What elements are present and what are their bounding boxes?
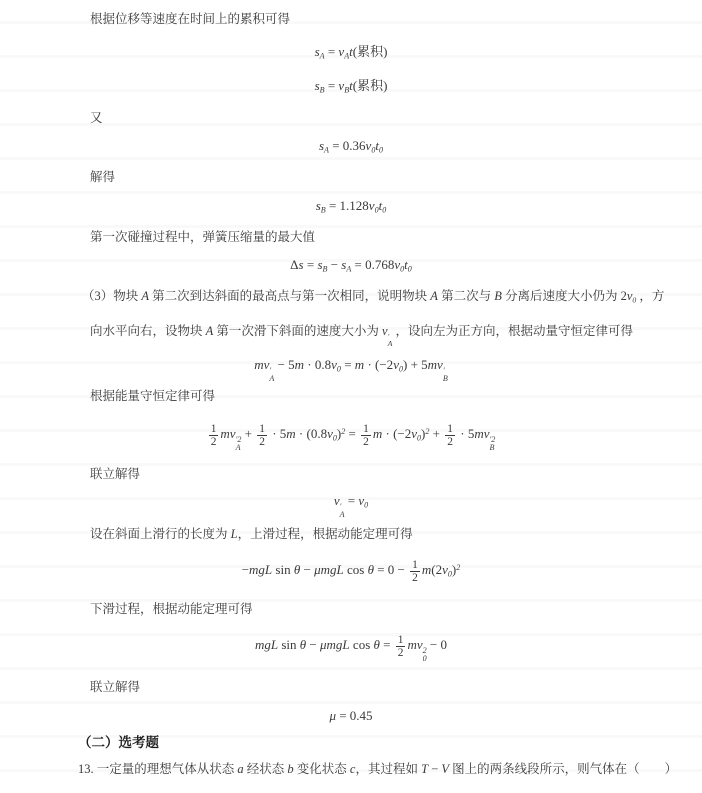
paragraph-question-13: 13. 一定量的理想气体从状态 a 经状态 b 变化状态 c，其过程如 T − …	[78, 760, 642, 778]
paragraph-part3-line-2: 向水平向右，设物块 A 第一次滑下斜面的速度大小为 v′A ，设向左为正方向，根…	[90, 322, 642, 340]
paragraph-solve: 解得	[90, 168, 642, 186]
paragraph-displacement-accumulation: 根据位移等速度在时间上的累积可得	[90, 10, 642, 28]
formula-sa-equals-vat: sA = vAt(累积)	[0, 42, 702, 62]
paragraph-energy-conservation: 根据能量守恒定律可得	[90, 387, 642, 405]
document-page: 根据位移等速度在时间上的累积可得 sA = vAt(累积) sB = vBt(累…	[0, 0, 702, 793]
formula-delta-s: Δs = sB − sA = 0.768v0t0	[0, 255, 702, 275]
formula-va-prime-equals-v0: v′A = v0	[0, 491, 702, 511]
heading-optional-questions: （二）选考题	[78, 733, 642, 753]
formula-work-energy-downslide: mgL sin θ − μmgL cos θ = 12mv20 − 0	[0, 628, 702, 662]
paragraph-incline-length: 设在斜面上滑行的长度为 L，上滑过程，根据动能定理可得	[90, 525, 642, 543]
formula-energy-conservation: 12mv′2A + 12 · 5m · (0.8v0)2 = 12m · (−2…	[0, 415, 702, 449]
formula-sb-1128: sB = 1.128v0t0	[0, 196, 702, 216]
paragraph-jointly-solve-1: 联立解得	[90, 465, 642, 483]
paragraph-first-collision-spring: 第一次碰撞过程中，弹簧压缩量的最大值	[90, 228, 642, 246]
formula-sa-036: sA = 0.36v0t0	[0, 136, 702, 156]
formula-work-energy-upslide: −mgL sin θ − μmgL cos θ = 0 − 12m(2v0)2	[0, 551, 702, 585]
paragraph-also: 又	[90, 109, 642, 127]
paragraph-jointly-solve-2: 联立解得	[90, 678, 642, 696]
paragraph-downslide: 下滑过程，根据动能定理可得	[90, 600, 642, 618]
formula-momentum-conservation: mv′A − 5m · 0.8v0 = m · (−2v0) + 5mv′B	[0, 355, 702, 375]
formula-sb-equals-vbt: sB = vBt(累积)	[0, 76, 702, 96]
formula-mu-result: μ = 0.45	[0, 706, 702, 726]
paragraph-part3-line-1: （3）物块 A 第二次到达斜面的最高点与第一次相同，说明物块 A 第二次与 B …	[82, 287, 642, 305]
